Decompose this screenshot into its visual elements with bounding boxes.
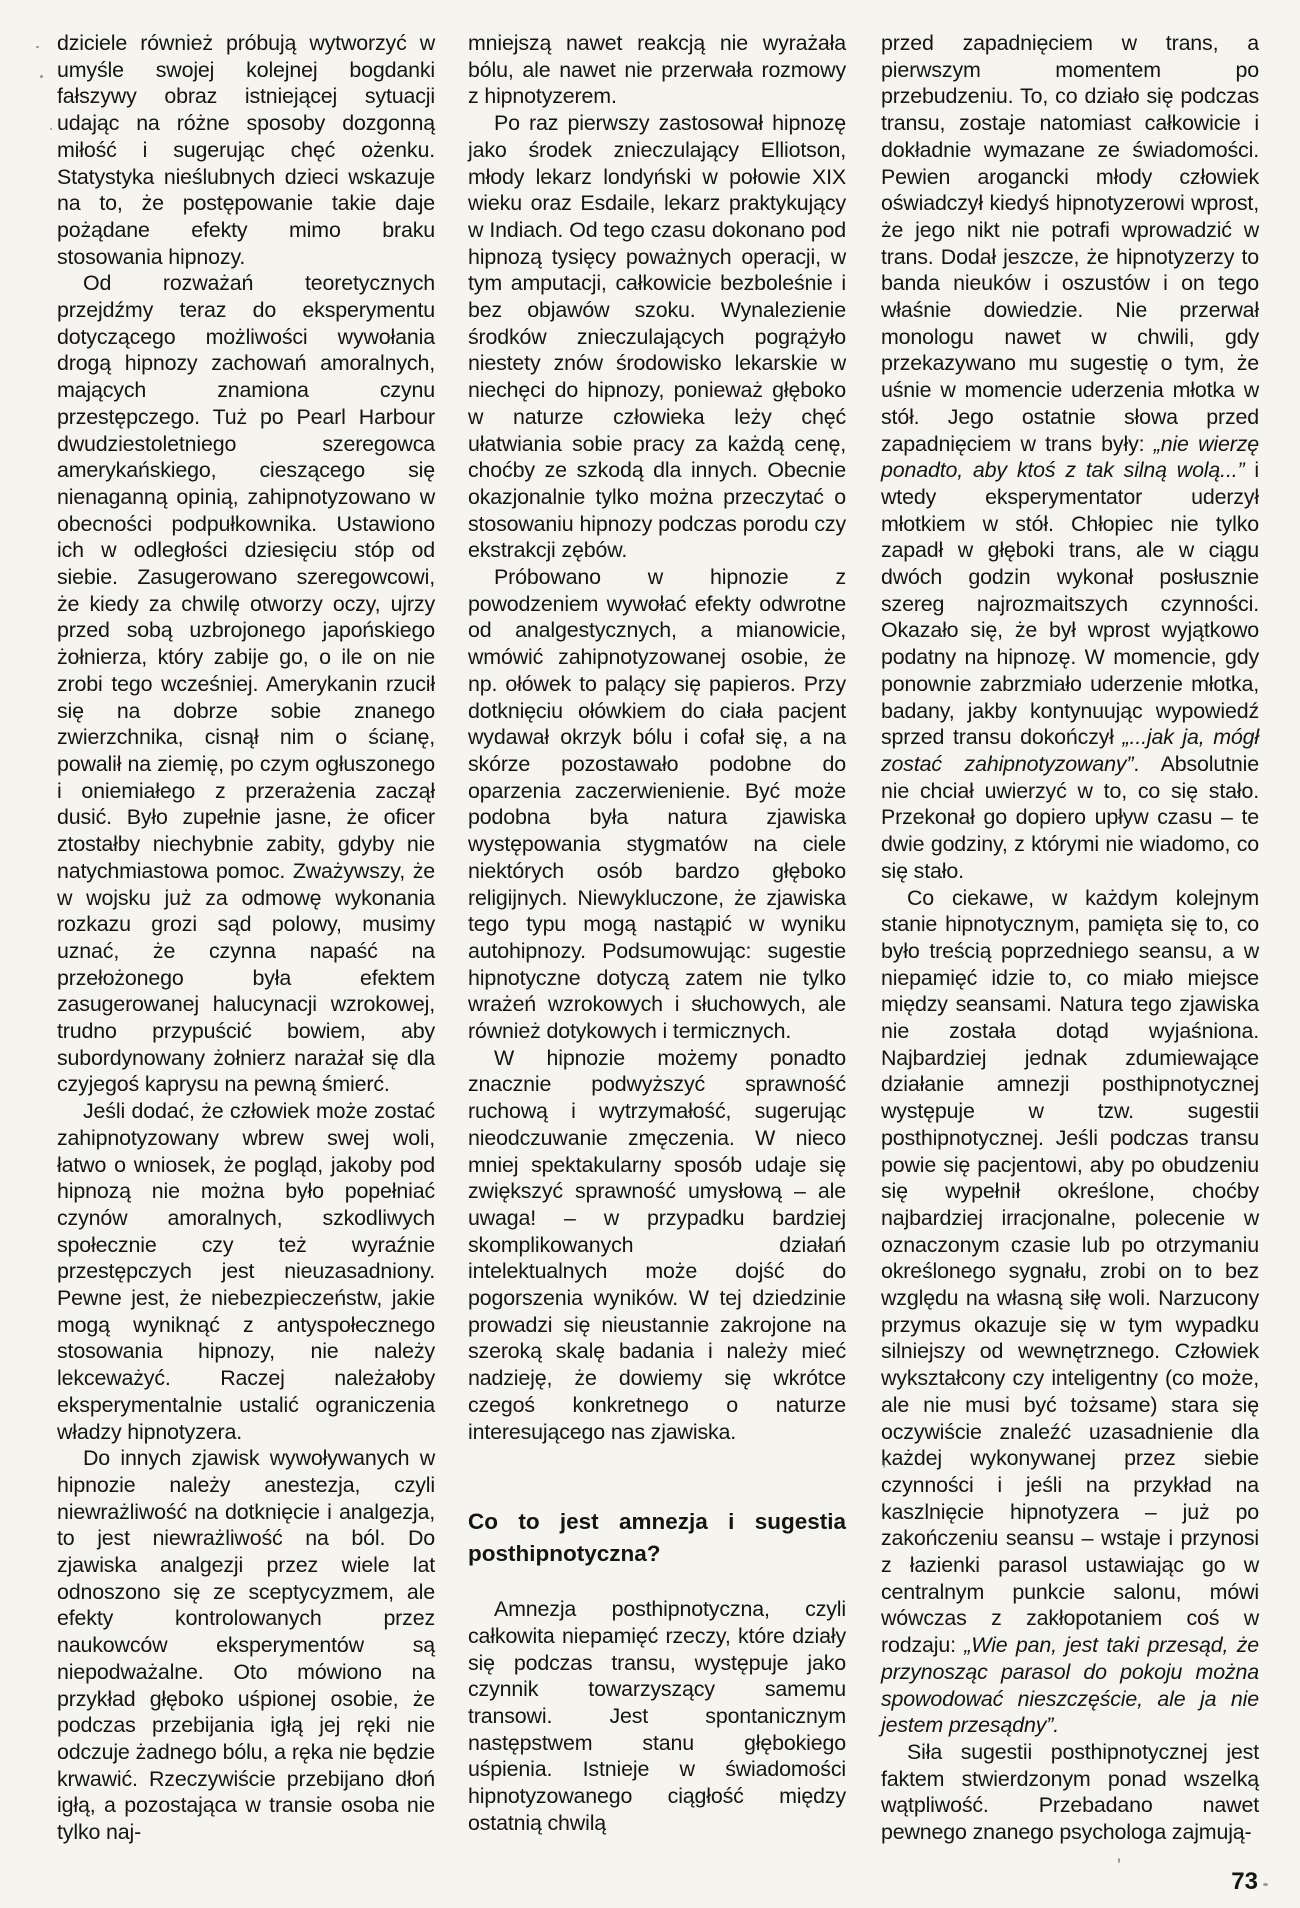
text-run: i wtedy eksperymentator uderzył młotkiem… [881, 458, 1259, 749]
paper-speck [40, 75, 43, 78]
paragraph: mniejszą nawet reakcją nie wyrażała bólu… [468, 30, 846, 110]
text-column-2: mniejszą nawet reakcją nie wyrażała bólu… [468, 30, 846, 1837]
paragraph: Siła sugestii posthipnotycznej jest fakt… [881, 1739, 1259, 1846]
paragraph: Od rozważań teoretycznych przejdźmy tera… [57, 270, 435, 1098]
paragraph: Jeśli dodać, że człowiek może zostać zah… [57, 1098, 435, 1445]
magazine-page: dziciele również próbują wytworzyć w umy… [0, 0, 1300, 1908]
paragraph: Próbowano w hipnozie z powodzeniem wywoł… [468, 564, 846, 1045]
text-column-1: dziciele również próbują wytworzyć w umy… [57, 30, 435, 1846]
text-run: przed zapadnięciem w trans, a pierwszym … [881, 31, 1259, 456]
paper-speck [50, 128, 52, 130]
text-column-3: przed zapadnięciem w trans, a pierwszym … [881, 30, 1259, 1846]
paragraph: Co ciekawe, w każdym kolejnym stanie hip… [881, 885, 1259, 1740]
paper-speck [1118, 1858, 1120, 1863]
paragraph: Amnezja posthipnotyczna, czyli całkowita… [468, 1596, 846, 1836]
paragraph: dziciele również próbują wytworzyć w umy… [57, 30, 435, 270]
paper-speck [1263, 1883, 1268, 1886]
paper-speck [36, 46, 39, 48]
paper-speck [883, 1460, 885, 1468]
paragraph: W hipnozie możemy ponadto znacznie podwy… [468, 1045, 846, 1446]
text-run: Co ciekawe, w każdym kolejnym stanie hip… [881, 886, 1259, 1658]
paragraph: przed zapadnięciem w trans, a pierwszym … [881, 30, 1259, 885]
paragraph: Do innych zjawisk wywoływanych w hipnozi… [57, 1445, 435, 1846]
page-number: 73 [1231, 1870, 1258, 1894]
section-heading: Co to jest amnezja i sugestia posthipnot… [468, 1506, 846, 1570]
paragraph: Po raz pierwszy zastosował hipnozę jako … [468, 110, 846, 564]
